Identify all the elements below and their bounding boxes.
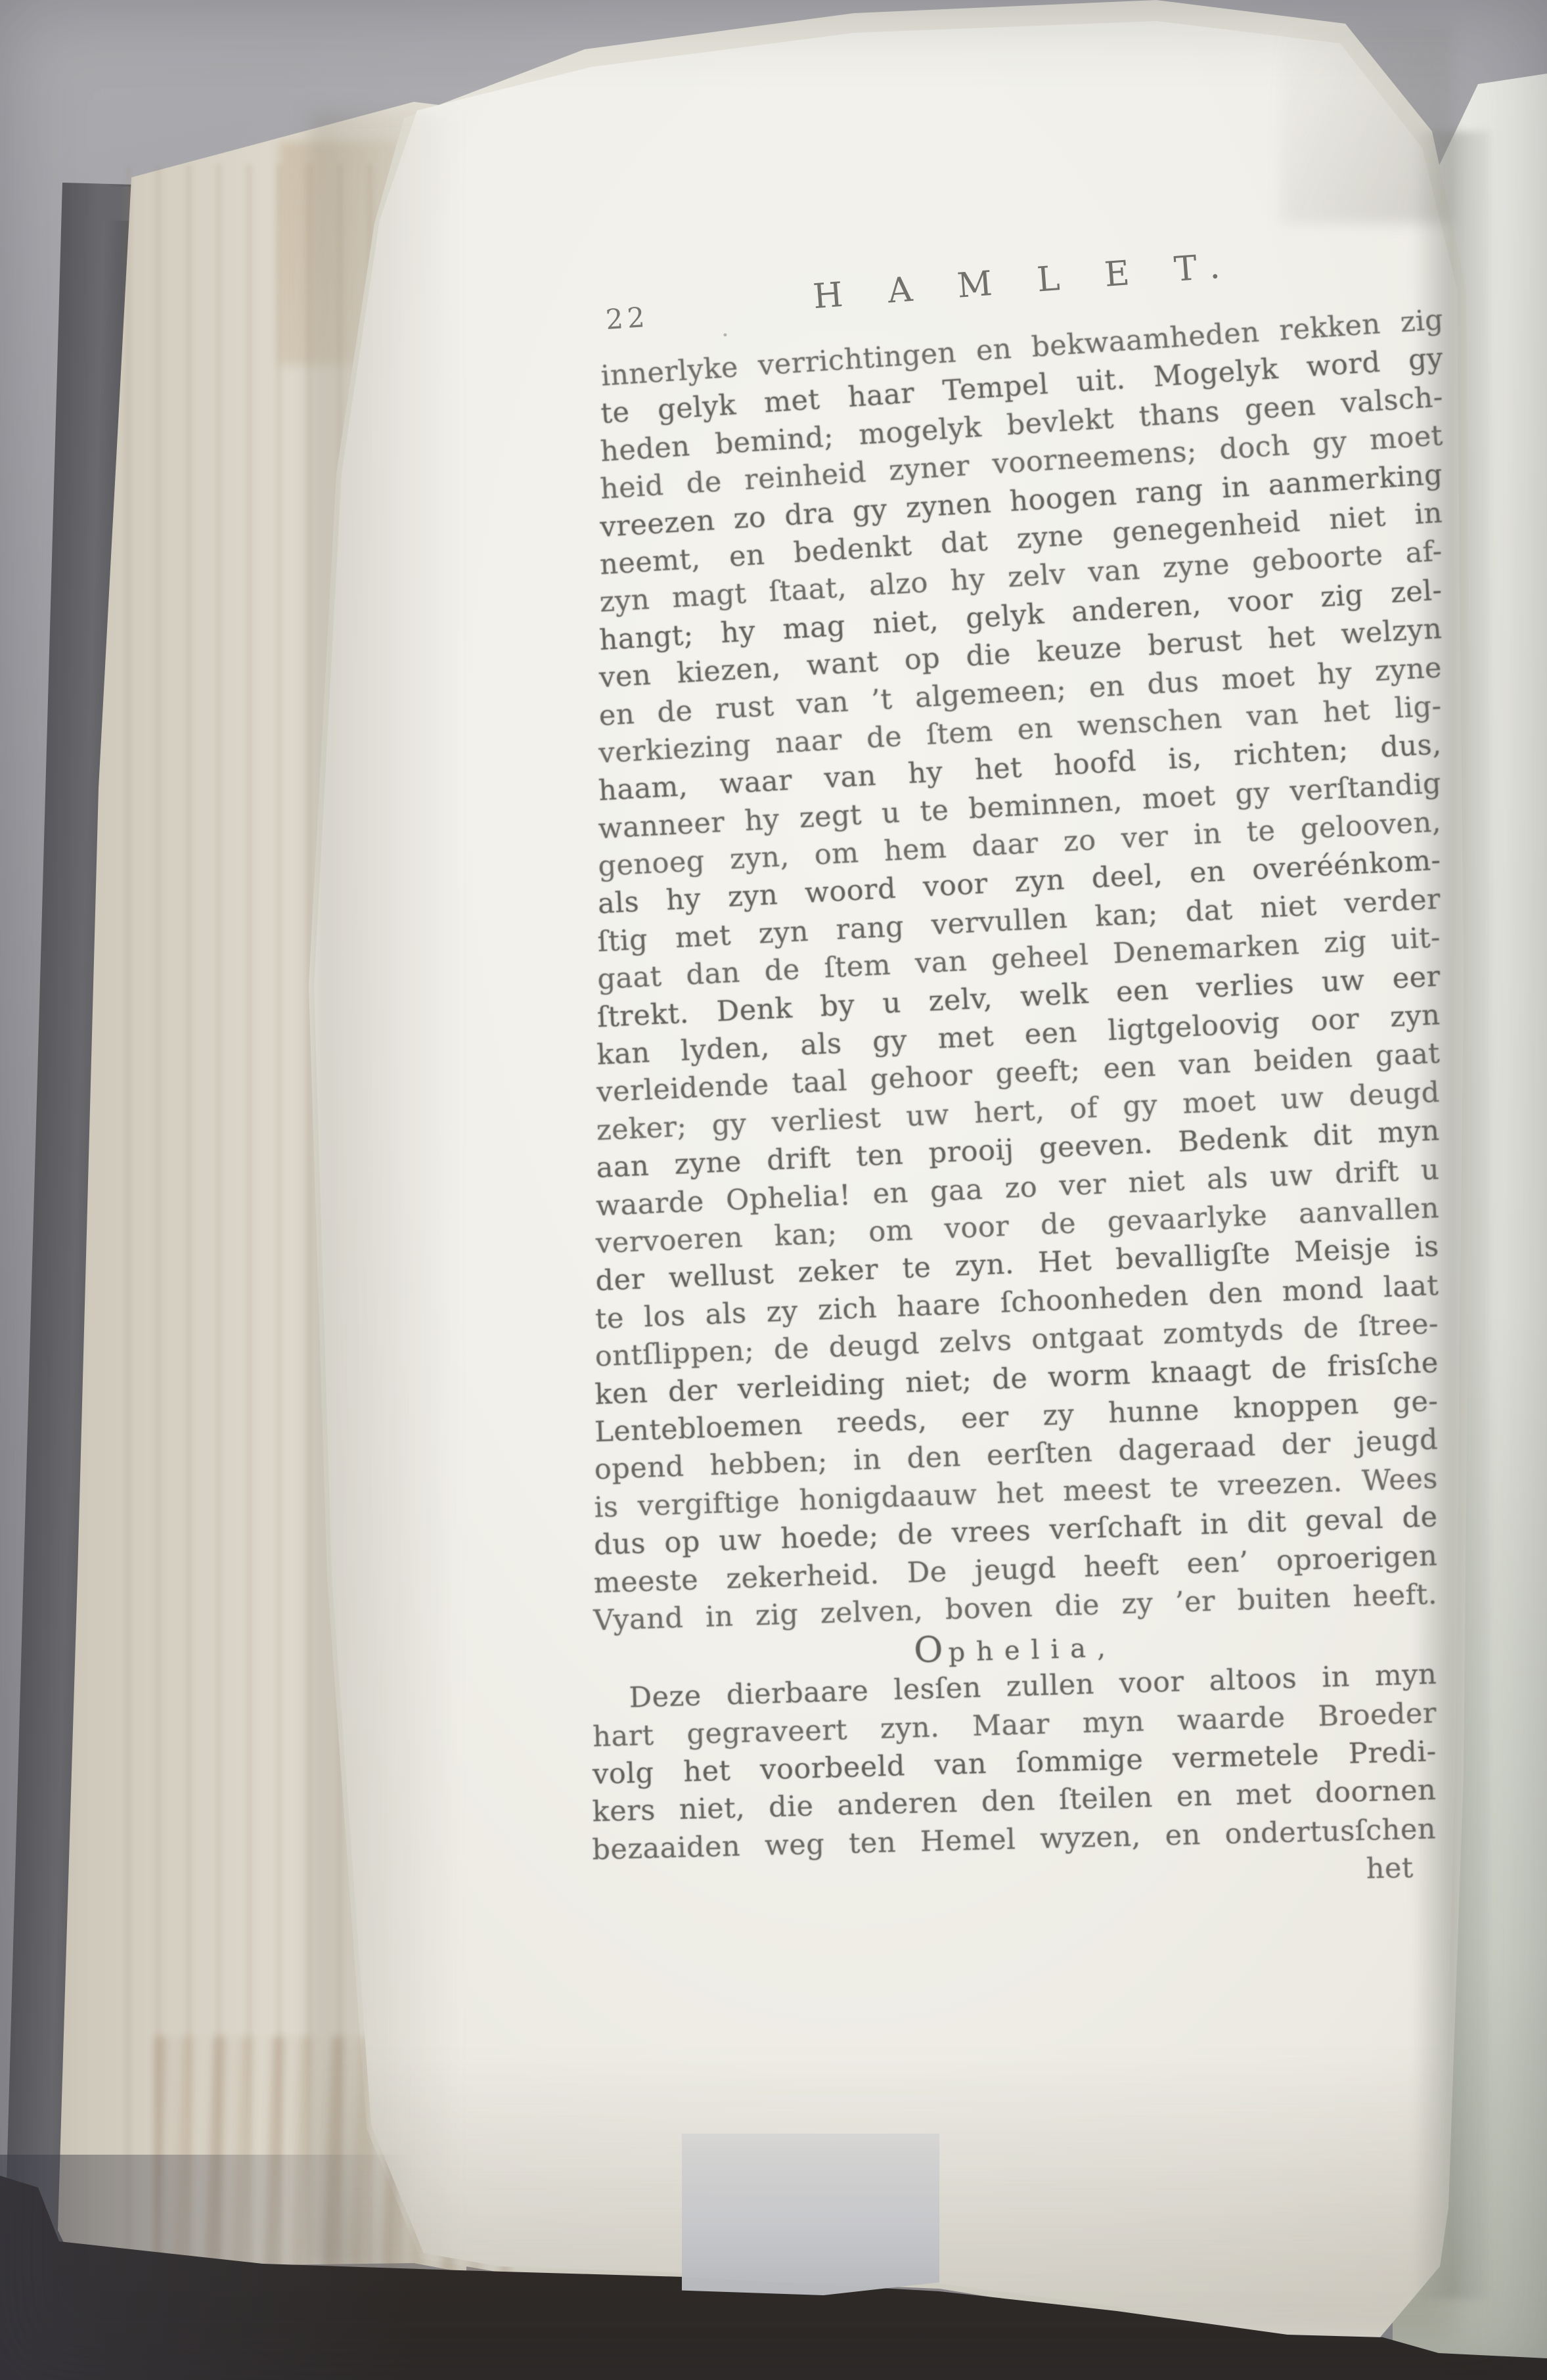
book-photo: 22 · H A M L E T. innerlyke verrichtinge…: [0, 0, 1547, 2380]
photo-vignette: [0, 0, 1547, 2380]
